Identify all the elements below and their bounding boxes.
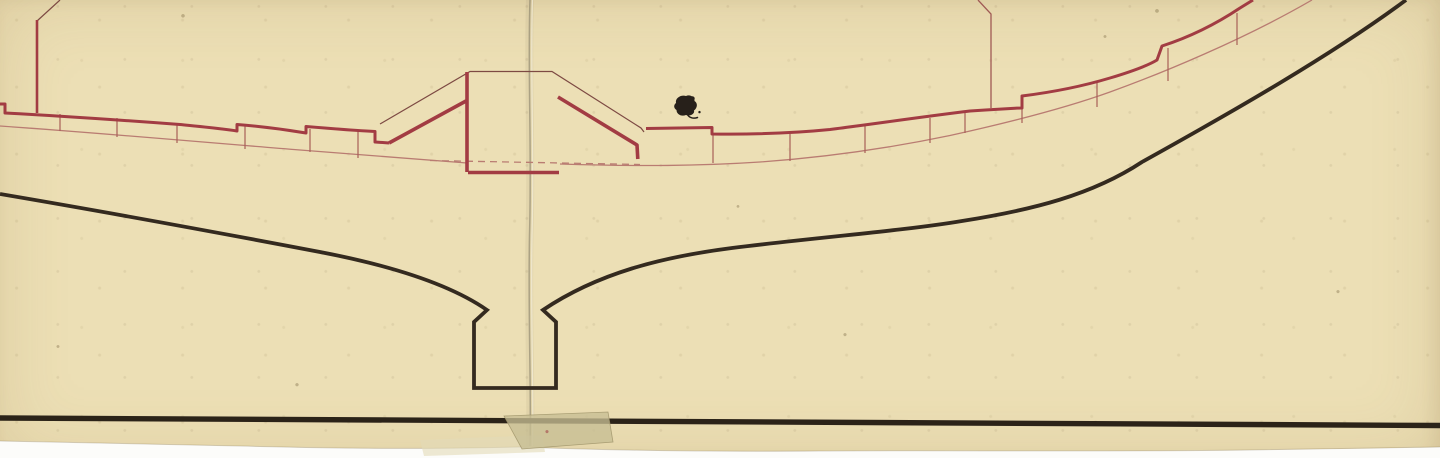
masonry-joint-ticks — [60, 13, 1237, 163]
tape-speck — [545, 430, 548, 433]
ramp-outline — [380, 72, 644, 133]
ramp-revetment-walls — [389, 72, 638, 172]
parapet-crest-right — [646, 0, 1253, 134]
red-parapet-group — [0, 0, 1312, 173]
fold-crease-group — [529, 0, 533, 446]
ink-blot-group — [674, 95, 701, 118]
ink-blot — [674, 95, 701, 115]
scan-background-strip — [0, 441, 1440, 458]
ground-line — [0, 418, 1440, 426]
left-embrasure-guide-line — [37, 0, 60, 21]
right-embrasure-line — [978, 0, 991, 108]
parapet-crest-left — [0, 104, 389, 143]
scanned-drawing-sheet — [0, 0, 1440, 458]
tape-patch-large — [504, 412, 613, 449]
black-profile-group — [0, 0, 1440, 426]
drawing-canvas — [0, 0, 1440, 458]
scan-edge-group — [0, 441, 1440, 458]
parapet-base-line — [0, 0, 1312, 166]
